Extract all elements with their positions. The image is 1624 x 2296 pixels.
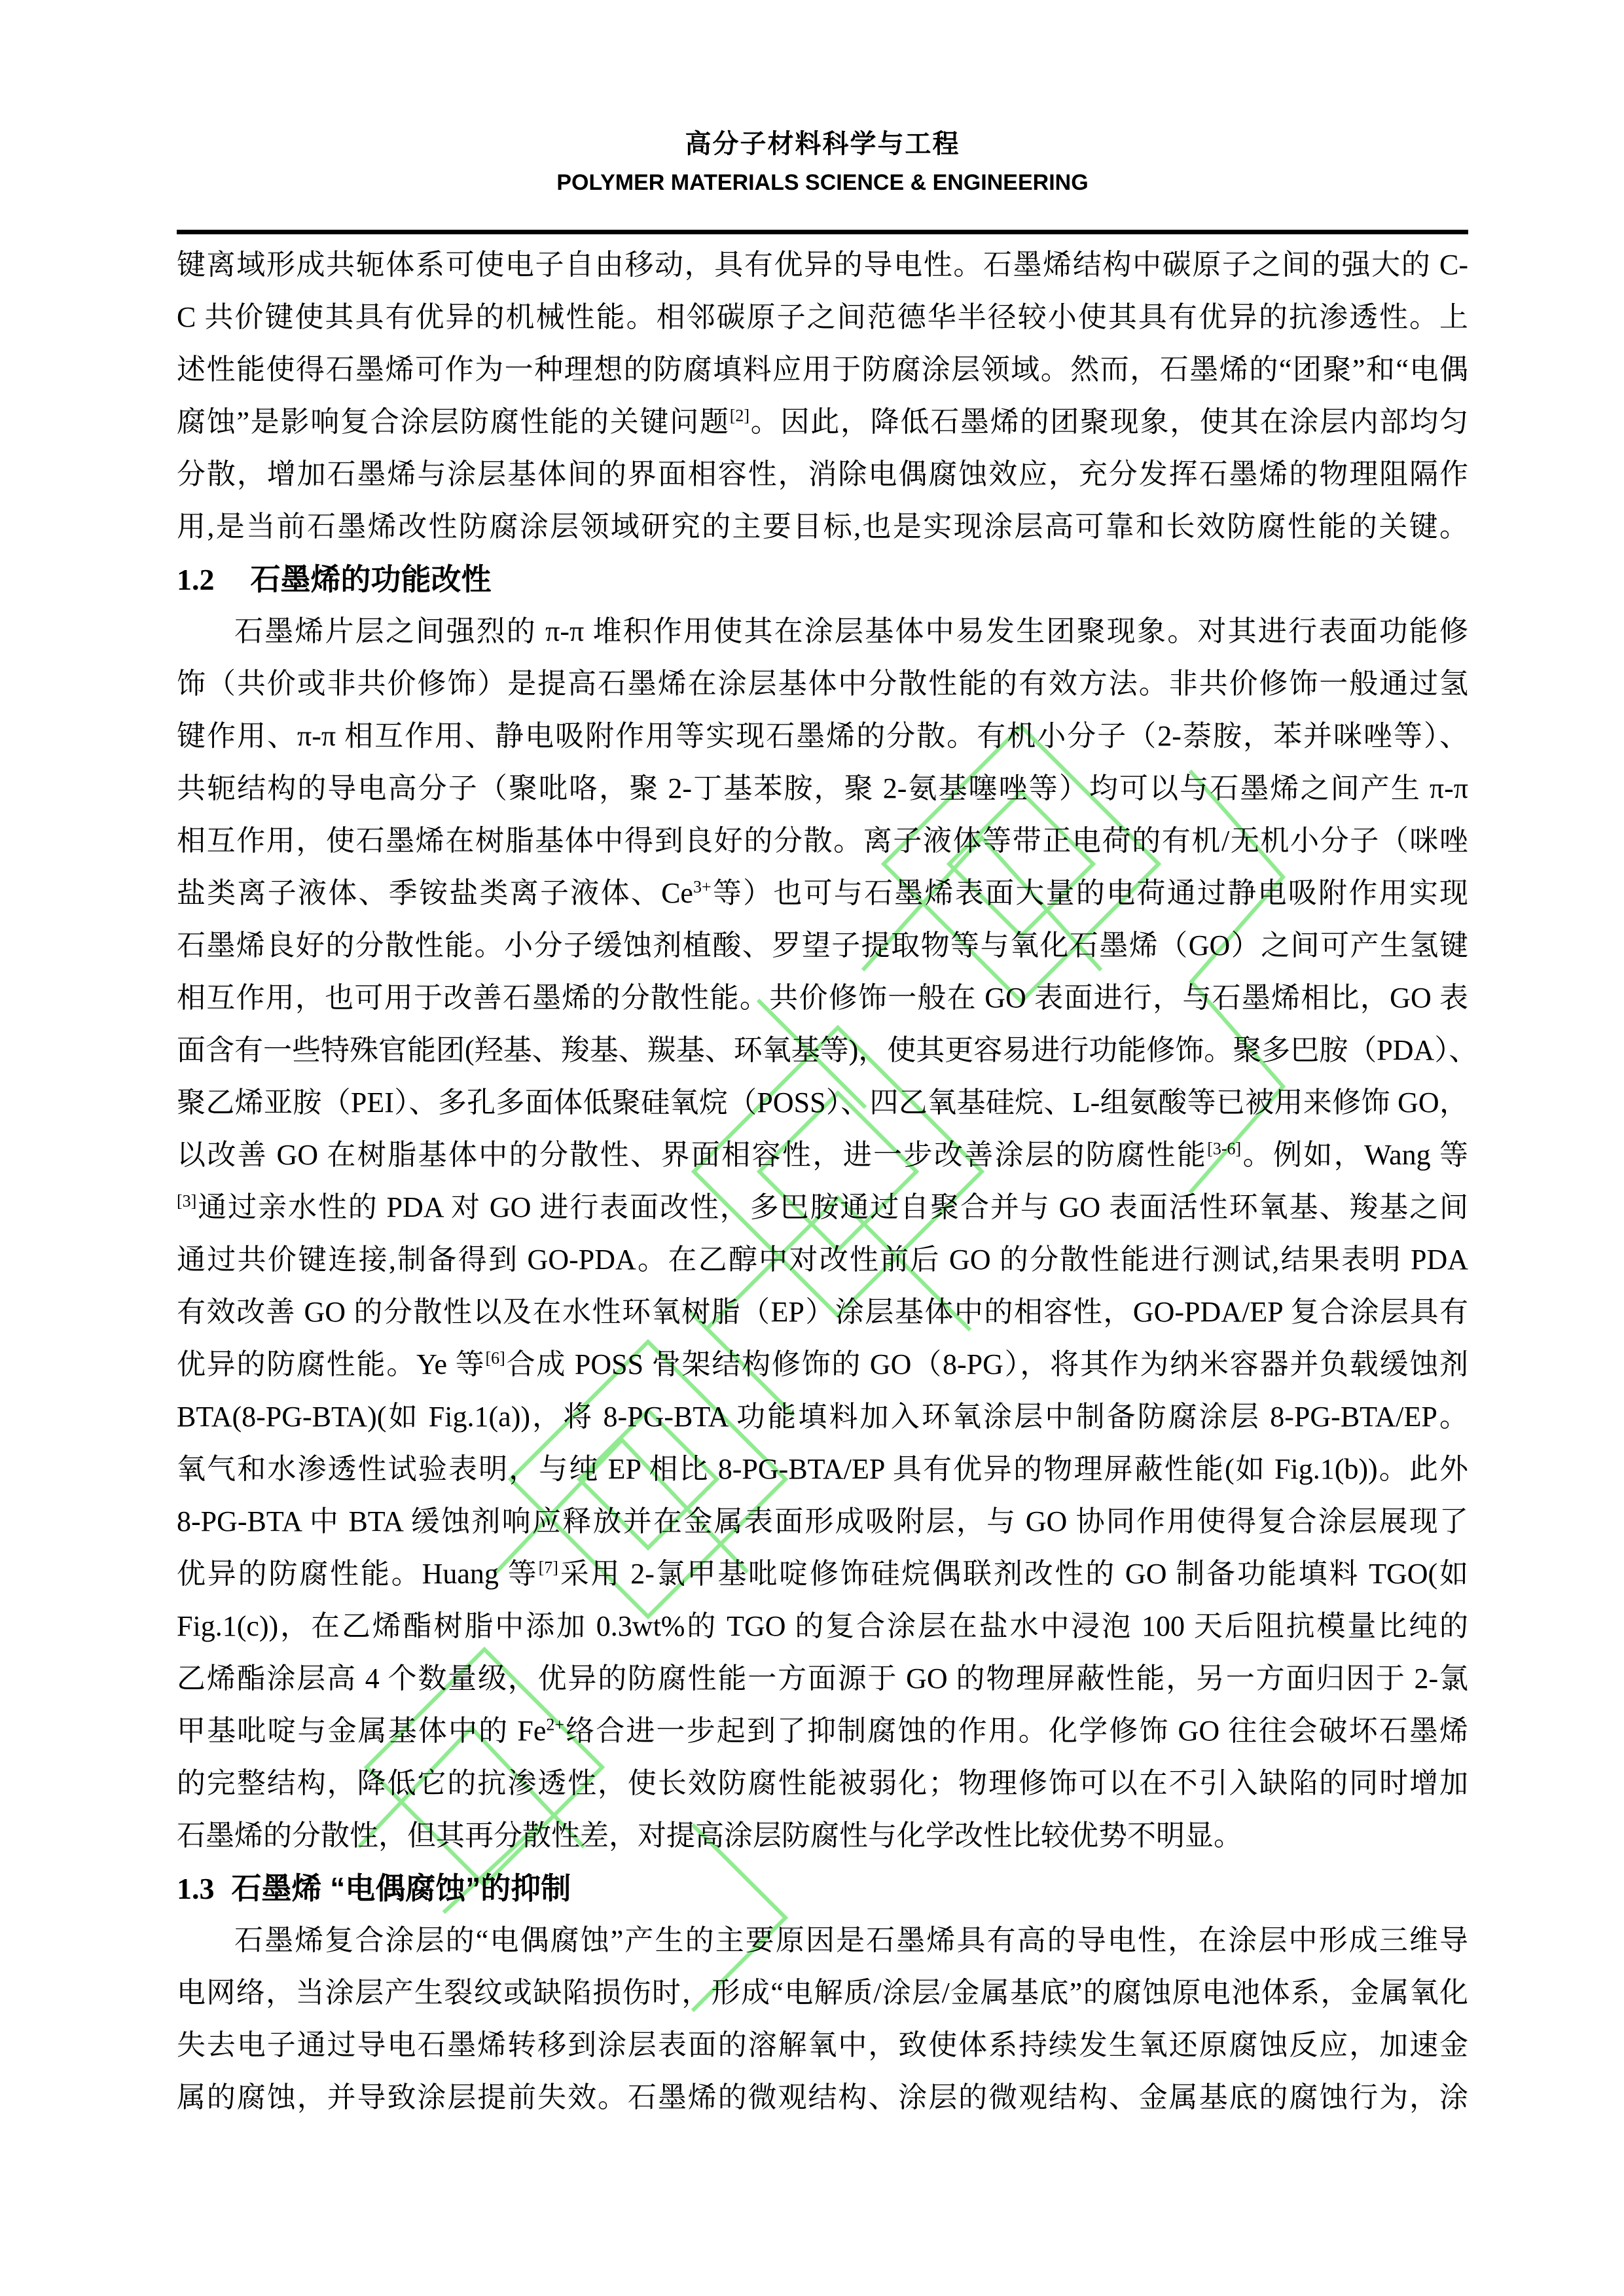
header-rule <box>177 230 1468 234</box>
section-title: 石墨烯的功能改性 <box>251 562 492 596</box>
body-text-line: 通过共价键连接,制备得到 GO-PDA。在乙醇中对改性前后 GO 的分散性能进行… <box>177 1234 1468 1286</box>
body-text-line: 相互作用，也可用于改善石墨烯的分散性能。共价修饰一般在 GO 表面进行，与石墨烯… <box>177 972 1468 1024</box>
body-text-line: 石墨烯的分散性，但其再分散性差，对提高涂层防腐性与化学改性比较优势不明显。 <box>177 1810 1468 1862</box>
body-text-line: 以改善 GO 在树脂基体中的分散性、界面相容性，进一步改善涂层的防腐性能[3-6… <box>177 1129 1468 1181</box>
body-text-line: 乙烯酯涂层高 4 个数量级，优异的防腐性能一方面源于 GO 的物理屏蔽性能，另一… <box>177 1653 1468 1705</box>
section-heading-1-3: 1.3石墨烯 “电偶腐蚀”的抑制 <box>177 1862 1468 1914</box>
body-text-line: 属的腐蚀，并导致涂层提前失效。石墨烯的微观结构、涂层的微观结构、金属基底的腐蚀行… <box>177 2072 1468 2124</box>
body-text-line: 键作用、π-π 相互作用、静电吸附作用等实现石墨烯的分散。有机小分子（2-萘胺，… <box>177 710 1468 762</box>
body-text-line: 的完整结构，降低它的抗渗透性，使长效防腐性能被弱化；物理修饰可以在不引入缺陷的同… <box>177 1757 1468 1810</box>
body-text-line: 石墨烯复合涂层的“电偶腐蚀”产生的主要原因是石墨烯具有高的导电性，在涂层中形成三… <box>177 1914 1468 1967</box>
body-text-line: 键离域形成共轭体系可使电子自由移动，具有优异的导电性。石墨烯结构中碳原子之间的强… <box>177 239 1468 291</box>
body-text-line: 用,是当前石墨烯改性防腐涂层领域研究的主要目标,也是实现涂层高可靠和长效防腐性能… <box>177 501 1468 553</box>
body-text-line: 饰（共价或非共价修饰）是提高石墨烯在涂层基体中分散性能的有效方法。非共价修饰一般… <box>177 658 1468 710</box>
document-body: 键离域形成共轭体系可使电子自由移动，具有优异的导电性。石墨烯结构中碳原子之间的强… <box>177 239 1468 2124</box>
section-title: 石墨烯 “电偶腐蚀”的抑制 <box>232 1871 571 1905</box>
section-heading-1-2: 1.2石墨烯的功能改性 <box>177 553 1468 605</box>
body-text-line: 有效改善 GO 的分散性以及在水性环氧树脂（EP）涂层基体中的相容性，GO-PD… <box>177 1286 1468 1338</box>
page-container: 高分子材料科学与工程 POLYMER MATERIALS SCIENCE & E… <box>0 0 1624 2296</box>
body-text-line: [3]通过亲水性的 PDA 对 GO 进行表面改性，多巴胺通过自聚合并与 GO … <box>177 1181 1468 1234</box>
body-text-line: 相互作用，使石墨烯在树脂基体中得到良好的分散。离子液体等带正电荷的有机/无机小分… <box>177 815 1468 867</box>
journal-title-en: POLYMER MATERIALS SCIENCE & ENGINEERING <box>177 169 1468 196</box>
body-text-line: 8-PG-BTA 中 BTA 缓蚀剂响应释放并在金属表面形成吸附层，与 GO 协… <box>177 1496 1468 1548</box>
body-text-line: 石墨烯良好的分散性能。小分子缓蚀剂植酸、罗望子提取物等与氧化石墨烯（GO）之间可… <box>177 920 1468 972</box>
body-text-line: BTA(8-PG-BTA)(如 Fig.1(a))，将 8-PG-BTA 功能填… <box>177 1391 1468 1443</box>
body-text-line: 优异的防腐性能。Ye 等[6]合成 POSS 骨架结构修饰的 GO（8-PG），… <box>177 1338 1468 1391</box>
body-text-line: 氧气和水渗透性试验表明，与纯 EP 相比 8-PG-BTA/EP 具有优异的物理… <box>177 1443 1468 1496</box>
body-text-line: 优异的防腐性能。Huang 等[7]采用 2-氯甲基吡啶修饰硅烷偶联剂改性的 G… <box>177 1548 1468 1600</box>
body-text-line: C 共价键使其具有优异的机械性能。相邻碳原子之间范德华半径较小使其具有优异的抗渗… <box>177 291 1468 344</box>
journal-title-zh: 高分子材料科学与工程 <box>177 128 1468 160</box>
body-text-line: 共轭结构的导电高分子（聚吡咯，聚 2-丁基苯胺，聚 2-氨基噻唑等）均可以与石墨… <box>177 762 1468 815</box>
body-text-line: 电网络，当涂层产生裂纹或缺陷损伤时，形成“电解质/涂层/金属基底”的腐蚀原电池体… <box>177 1967 1468 2019</box>
body-text-line: 石墨烯片层之间强烈的 π-π 堆积作用使其在涂层基体中易发生团聚现象。对其进行表… <box>177 605 1468 658</box>
body-text-line: 聚乙烯亚胺（PEI）、多孔多面体低聚硅氧烷（POSS）、四乙氧基硅烷、L-组氨酸… <box>177 1077 1468 1129</box>
body-text-line: 分散，增加石墨烯与涂层基体间的界面相容性，消除电偶腐蚀效应，充分发挥石墨烯的物理… <box>177 448 1468 501</box>
body-text-line: 失去电子通过导电石墨烯转移到涂层表面的溶解氧中，致使体系持续发生氧还原腐蚀反应，… <box>177 2019 1468 2072</box>
body-text-line: 甲基吡啶与金属基体中的 Fe2+络合进一步起到了抑制腐蚀的作用。化学修饰 GO … <box>177 1705 1468 1757</box>
body-text-line: Fig.1(c))，在乙烯酯树脂中添加 0.3wt%的 TGO 的复合涂层在盐水… <box>177 1600 1468 1653</box>
body-text-line: 腐蚀”是影响复合涂层防腐性能的关键问题[2]。因此，降低石墨烯的团聚现象，使其在… <box>177 396 1468 448</box>
section-number: 1.3 <box>177 1872 215 1905</box>
body-text-line: 述性能使得石墨烯可作为一种理想的防腐填料应用于防腐涂层领域。然而，石墨烯的“团聚… <box>177 344 1468 396</box>
body-text-line: 面含有一些特殊官能团(羟基、羧基、羰基、环氧基等)，使其更容易进行功能修饰。聚多… <box>177 1024 1468 1077</box>
body-text-line: 盐类离子液体、季铵盐类离子液体、Ce3+等）也可与石墨烯表面大量的电荷通过静电吸… <box>177 867 1468 920</box>
section-number: 1.2 <box>177 563 215 596</box>
